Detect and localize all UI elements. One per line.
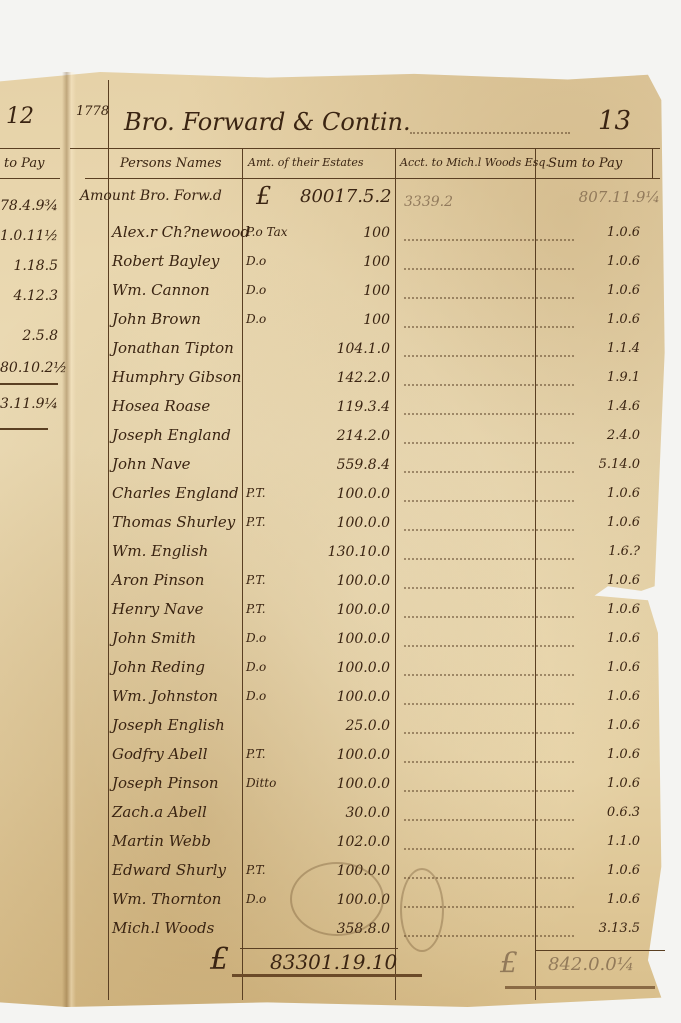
person-name: Wm. Cannon <box>112 281 210 299</box>
rule-header-top <box>70 148 660 149</box>
estate-amount: 102.0.0 <box>280 834 390 850</box>
person-name: John Smith <box>112 629 196 647</box>
person-name: Wm. English <box>112 542 208 560</box>
sum-to-pay: 1.1.0 <box>540 834 640 849</box>
sum-to-pay: 1.0.6 <box>540 892 640 907</box>
dot-leader <box>404 616 574 618</box>
page-fold <box>62 72 76 1007</box>
tax-mark: D.o <box>246 660 266 674</box>
left-double-rule <box>0 428 48 430</box>
person-name: Edward Shurly <box>112 861 226 879</box>
person-name: John Reding <box>112 658 205 676</box>
page-number-left: 12 <box>6 104 34 129</box>
dot-leader <box>404 761 574 763</box>
sum-to-pay: 1.0.6 <box>540 631 640 646</box>
total-estates-currency: £ <box>210 942 229 977</box>
estate-amount: 100 <box>280 283 390 299</box>
sum-to-pay: 1.0.6 <box>540 573 640 588</box>
dot-leader <box>404 674 574 676</box>
tax-mark: P.T. <box>246 573 266 587</box>
dot-leader <box>404 848 574 850</box>
estate-amount: 100.0.0 <box>280 689 390 705</box>
dot-leader <box>404 355 574 357</box>
sum-to-pay: 1.0.6 <box>540 283 640 298</box>
ink-flourish <box>290 862 384 936</box>
rule-right-edge <box>652 148 653 178</box>
tax-mark: D.o <box>246 689 266 703</box>
estate-amount: 100.0.0 <box>280 486 390 502</box>
tax-mark: P.T. <box>246 747 266 761</box>
estate-amount: 100 <box>280 312 390 328</box>
dot-leader <box>404 529 574 531</box>
left-total-rule <box>0 383 58 385</box>
rule-left-header-2 <box>0 178 60 179</box>
estate-amount: 100 <box>280 254 390 270</box>
person-name: Joseph English <box>112 716 225 734</box>
tax-mark: D.o <box>246 312 266 326</box>
dot-leader <box>404 326 574 328</box>
person-name: Henry Nave <box>112 600 203 618</box>
sum-to-pay: 1.1.4 <box>540 341 640 356</box>
person-name: Alex.r Ch?newood <box>112 223 250 241</box>
left-value: 1.18.5 <box>0 258 58 274</box>
dot-leader <box>404 819 574 821</box>
person-name: John Nave <box>112 455 191 473</box>
sum-to-pay: 1.0.6 <box>540 863 640 878</box>
estate-amount: 100.0.0 <box>280 515 390 531</box>
page-number-right: 13 <box>598 106 631 136</box>
left-value-total: 3.11.9¼ <box>0 396 58 412</box>
dot-leader <box>404 790 574 792</box>
left-value: 4.12.3 <box>0 288 58 304</box>
person-name: Aron Pinson <box>112 571 204 589</box>
brought-forward-label: Amount Bro. Forw.d <box>80 188 222 204</box>
estate-amount: 25.0.0 <box>280 718 390 734</box>
sum-to-pay: 1.4.6 <box>540 399 640 414</box>
dot-leader <box>404 413 574 415</box>
dot-leader <box>404 268 574 270</box>
tax-mark: D.o <box>246 254 266 268</box>
sum-to-pay: 0.6.3 <box>540 805 640 820</box>
brought-forward-account-note: 3339.2 <box>404 194 453 210</box>
sum-to-pay: 5.14.0 <box>540 457 640 472</box>
person-name: Joseph Pinson <box>112 774 219 792</box>
dot-leader <box>404 384 574 386</box>
dot-leader <box>404 732 574 734</box>
person-name: Mich.l Woods <box>112 919 214 937</box>
rule-header-bottom <box>85 178 660 179</box>
person-name: Humphry Gibson <box>112 368 241 386</box>
dot-leader <box>404 645 574 647</box>
person-name: Charles England <box>112 484 239 502</box>
tax-mark: P.T. <box>246 486 266 500</box>
person-name: Wm. Johnston <box>112 687 218 705</box>
left-value: 80.10.2½ <box>0 360 58 376</box>
sum-to-pay: 1.0.6 <box>540 747 640 762</box>
page-title: Bro. Forward & Contin. <box>124 108 411 136</box>
sum-to-pay: 1.0.6 <box>540 776 640 791</box>
dot-leader <box>404 558 574 560</box>
column-header-names: Persons Names <box>120 156 222 171</box>
year: 1778 <box>76 104 109 119</box>
dot-leader <box>404 471 574 473</box>
estate-amount: 100.0.0 <box>280 573 390 589</box>
title-leader <box>410 132 570 134</box>
sum-to-pay: 1.0.6 <box>540 486 640 501</box>
sum-to-pay: 1.0.6 <box>540 225 640 240</box>
rule-left-header <box>0 148 60 149</box>
rule-estates-account <box>395 148 396 1000</box>
sum-to-pay: 2.4.0 <box>540 428 640 443</box>
column-header-account: Acct. to Mich.l Woods Esq. <box>400 156 549 169</box>
left-value: 78.4.9¾ <box>0 198 58 214</box>
person-name: Godfry Abell <box>112 745 208 763</box>
rule-left-margin <box>108 80 109 1000</box>
person-name: John Brown <box>112 310 201 328</box>
estate-amount: 100.0.0 <box>280 660 390 676</box>
tax-mark: P.T. <box>246 515 266 529</box>
estate-amount: 214.2.0 <box>280 428 390 444</box>
person-name: Hosea Roase <box>112 397 210 415</box>
dot-leader <box>404 500 574 502</box>
rule-account-sum <box>535 148 536 1000</box>
person-name: Zach.a Abell <box>112 803 207 821</box>
sum-to-pay: 3.13.5 <box>540 921 640 936</box>
total-rule-sum <box>535 950 665 951</box>
total-rule-estates <box>240 948 398 949</box>
total-underline-sum <box>505 986 655 989</box>
tax-mark: Ditto <box>246 776 276 790</box>
estate-amount: 100 <box>280 225 390 241</box>
sum-to-pay: 1.0.6 <box>540 312 640 327</box>
sum-to-pay: 1.0.6 <box>540 689 640 704</box>
person-name: Joseph England <box>112 426 231 444</box>
estate-amount: 100.0.0 <box>280 631 390 647</box>
dot-leader <box>404 587 574 589</box>
tax-mark: D.o <box>246 631 266 645</box>
sum-to-pay: 1.0.6 <box>540 515 640 530</box>
column-header-sum: Sum to Pay <box>548 156 622 171</box>
sum-to-pay: 1.0.6 <box>540 602 640 617</box>
tax-mark: P.T. <box>246 863 266 877</box>
estate-amount: 130.10.0 <box>280 544 390 560</box>
brought-forward-estate: 80017.5.2 <box>300 186 392 207</box>
person-name: Thomas Shurley <box>112 513 235 531</box>
total-estates: 83301.19.10 <box>270 950 397 974</box>
estate-amount: 30.0.0 <box>280 805 390 821</box>
total-underline-estates <box>232 974 422 977</box>
estate-amount: 100.0.0 <box>280 776 390 792</box>
total-sum-currency: £ <box>500 946 518 979</box>
brought-forward-currency: £ <box>256 182 271 210</box>
estate-amount: 100.0.0 <box>280 602 390 618</box>
dot-leader <box>404 297 574 299</box>
left-column-label: to Pay <box>4 156 44 171</box>
brought-forward-sum: 807.11.9¼ <box>560 188 660 206</box>
rule-names-estates <box>242 148 243 1000</box>
sum-to-pay: 1.6.? <box>540 544 640 559</box>
person-name: Jonathan Tipton <box>112 339 234 357</box>
dot-leader <box>404 239 574 241</box>
person-name: Martin Webb <box>112 832 211 850</box>
estate-amount: 100.0.0 <box>280 747 390 763</box>
sum-to-pay: 1.0.6 <box>540 718 640 733</box>
tax-mark: D.o <box>246 892 266 906</box>
person-name: Wm. Thornton <box>112 890 221 908</box>
sum-to-pay: 1.0.6 <box>540 254 640 269</box>
sum-to-pay: 1.9.1 <box>540 370 640 385</box>
left-value: 2.5.8 <box>0 328 58 344</box>
tax-mark: P.T. <box>246 602 266 616</box>
sum-to-pay: 1.0.6 <box>540 660 640 675</box>
column-header-estates: Amt. of their Estates <box>248 156 364 169</box>
person-name: Robert Bayley <box>112 252 219 270</box>
estate-amount: 559.8.4 <box>280 457 390 473</box>
estate-amount: 104.1.0 <box>280 341 390 357</box>
estate-amount: 142.2.0 <box>280 370 390 386</box>
total-sum: 842.0.0¼ <box>548 954 634 975</box>
dot-leader <box>404 442 574 444</box>
estate-amount: 119.3.4 <box>280 399 390 415</box>
ink-flourish <box>400 868 444 952</box>
left-value: 1.0.11½ <box>0 228 58 244</box>
dot-leader <box>404 703 574 705</box>
tax-mark: D.o <box>246 283 266 297</box>
